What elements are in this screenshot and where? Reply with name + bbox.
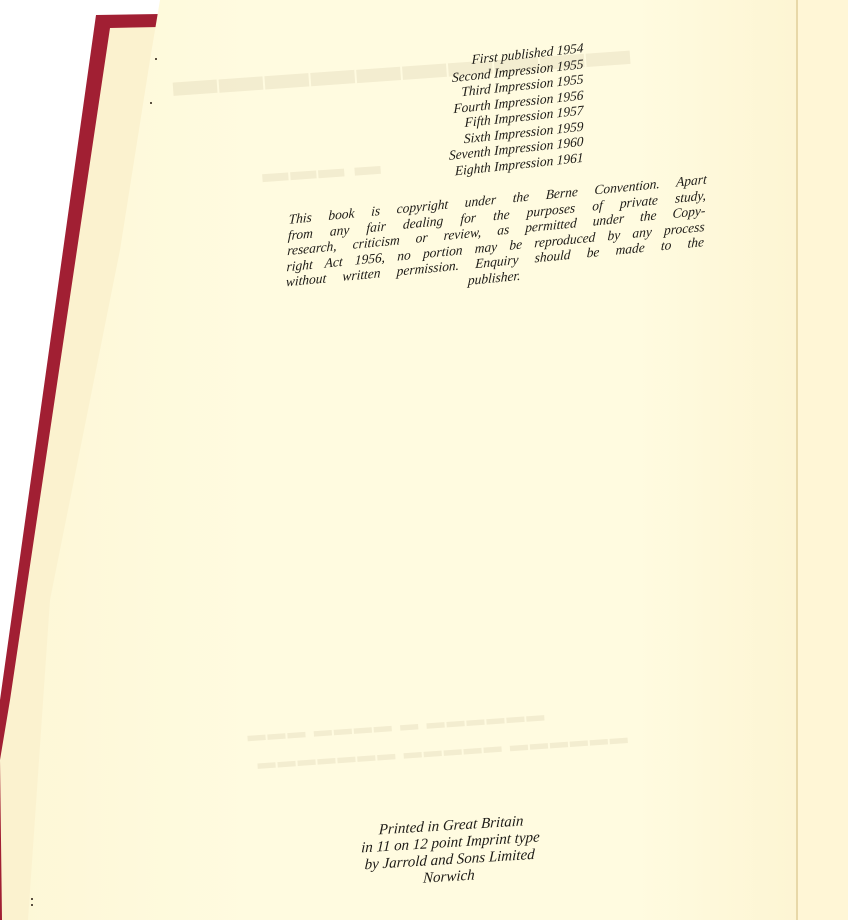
paper-speck: [31, 898, 33, 900]
printer-imprint: Printed in Great Britain in 11 on 12 poi…: [334, 811, 567, 893]
impression-history: First published 1954 Second Impression 1…: [399, 40, 588, 185]
paper-speck: [150, 102, 152, 104]
show-through-text: ▬ ▬▬▬: [259, 151, 381, 189]
copyright-notice: This book is copyright under the Berne C…: [285, 171, 707, 305]
paper-speck: [31, 904, 33, 906]
paper-speck: [155, 58, 157, 60]
facing-page-edge: [798, 0, 848, 920]
